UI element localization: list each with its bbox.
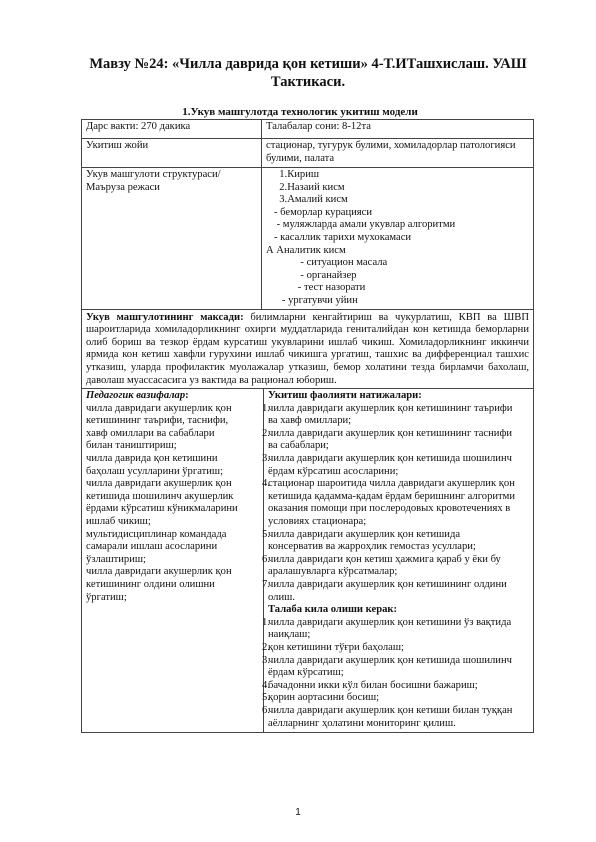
student-count-cell: Талабалар сони: 8-12та bbox=[262, 120, 534, 139]
list-item-line: стационар шароитида чилла давридаги акуш… bbox=[268, 478, 529, 491]
pedagogical-task-line: ёрдами кўрсатиш кўникмаларини bbox=[86, 503, 263, 516]
structure-item: А Аналитик кисм bbox=[266, 245, 529, 258]
list-item-line: условиях стационара; bbox=[268, 516, 529, 529]
list-number: 4. bbox=[262, 478, 270, 491]
structure-item: 3.Амалий кисм bbox=[266, 194, 529, 207]
list-item-line: аралашувларга кўрсатмалар; bbox=[268, 566, 529, 579]
list-item-line: кетишида қадамма-қадам ёрдам беришнинг а… bbox=[268, 491, 529, 504]
list-number: 1. bbox=[262, 403, 270, 416]
list-item: чилла давридаги акушерлик қон кетишида ш… bbox=[268, 453, 529, 478]
pedagogical-task-line: хавф омиллари ва сабаблари bbox=[86, 428, 263, 441]
list-item-line: аёлларнинг ҳолатини мониторинг қилиш. bbox=[268, 718, 529, 731]
lesson-model-table: Дарс вакти: 270 дакика Талабалар сони: 8… bbox=[81, 119, 534, 733]
pedagogical-task-line: билан таништириш; bbox=[86, 440, 263, 453]
list-item-line: чилла давридаги акушерлик қон кетишида bbox=[268, 529, 529, 542]
list-item-line: ва хавф омиллари; bbox=[268, 415, 529, 428]
structure-item: 2.Назаий кисм bbox=[266, 182, 529, 195]
list-item: қон кетишини тўғри баҳолаш; bbox=[268, 642, 529, 655]
list-item-line: қон кетишини тўғри баҳолаш; bbox=[268, 642, 529, 655]
list-item-line: олиш. bbox=[268, 592, 529, 605]
pedagogical-task-line: ишлаб чикиш; bbox=[86, 516, 263, 529]
pedagogical-task-line: ўргатиш; bbox=[86, 592, 263, 605]
pedagogical-task-line: баҳолаш усулларини ўргатиш; bbox=[86, 466, 263, 479]
lesson-goal-cell: Укув машгулотининг максади: билимларни к… bbox=[82, 309, 534, 389]
list-item: чилла давридаги қон кетиш ҳажмига қараб … bbox=[268, 554, 529, 579]
list-number: 5. bbox=[262, 529, 270, 542]
pedagogical-task-line: чилла давридаги акушерлик қон bbox=[86, 403, 263, 416]
list-number: 5. bbox=[262, 692, 270, 705]
pedagogical-task-line: чилла даврида қон кетишини bbox=[86, 453, 263, 466]
list-item-line: бачадонни икки кўл билан босишни бажариш… bbox=[268, 680, 529, 693]
list-item-line: чилла давридаги акушерлик қон кетишида ш… bbox=[268, 453, 529, 466]
section-heading: 1.Укув машгулотда технологик укитиш моде… bbox=[60, 106, 540, 119]
pedagogical-task-line: мультидисциплинар командада bbox=[86, 529, 263, 542]
heading-colon: : bbox=[185, 390, 189, 401]
pedagogical-tasks: Педагогик вазифалар: чилла давридаги аку… bbox=[82, 389, 263, 732]
list-item-line: оказания помощи при послеродовых кровоте… bbox=[268, 503, 529, 516]
list-number: 6. bbox=[262, 554, 270, 567]
list-item: чилла давридаги акушерлик қон кетишининг… bbox=[268, 403, 529, 428]
list-item: чилла давридаги акушерлик қон кетиши бил… bbox=[268, 705, 529, 730]
student-should-heading: Талаба кила олиши керак: bbox=[268, 604, 529, 617]
pedagogical-task-line: кетишининг таърифи, таснифи, bbox=[86, 415, 263, 428]
pedagogical-task-line: самарали ишлаш асосларини bbox=[86, 541, 263, 554]
pedagogical-task-line: ўзлаштириш; bbox=[86, 554, 263, 567]
list-number: 6. bbox=[262, 705, 270, 718]
list-item-line: қорин аортасини босиш; bbox=[268, 692, 529, 705]
structure-item: - ургатувчи уйин bbox=[266, 295, 529, 308]
teaching-place-label: Укитиш жойи bbox=[82, 139, 262, 168]
pedagogical-task-line: чилла давридаги акушерлик қон bbox=[86, 478, 263, 491]
list-number: 2. bbox=[262, 642, 270, 655]
pedagogical-task-line: кетишининг олдини олишни bbox=[86, 579, 263, 592]
list-item-line: чилла давридаги акушерлик қон кетишининг… bbox=[268, 428, 529, 441]
list-item-line: чилла давридаги акушерлик қон кетишининг… bbox=[268, 403, 529, 416]
list-item-line: ва сабаблари; bbox=[268, 440, 529, 453]
table-row: Педагогик вазифалар: чилла давридаги аку… bbox=[82, 389, 534, 733]
list-number: 3. bbox=[262, 453, 270, 466]
structure-item: 1.Кириш bbox=[266, 169, 529, 182]
list-number: 7. bbox=[262, 579, 270, 592]
list-item-line: ёрдам кўрсатиш асосларини; bbox=[268, 466, 529, 479]
list-number: 2. bbox=[262, 428, 270, 441]
list-item-line: чилла давридаги қон кетиш ҳажмига қараб … bbox=[268, 554, 529, 567]
pedagogical-task-line: чилла давридаги акушерлик қон bbox=[86, 566, 263, 579]
list-item-line: наиқлаш; bbox=[268, 629, 529, 642]
list-item-line: ёрдам кўрсатиш; bbox=[268, 667, 529, 680]
list-item: стационар шароитида чилла давридаги акуш… bbox=[268, 478, 529, 528]
list-item-line: чилла давридаги акушерлик қон кетишида ш… bbox=[268, 655, 529, 668]
lesson-structure-label: Укув машгулоти структураси/ Маъруза режа… bbox=[82, 168, 262, 310]
list-item: чилла давридаги акушерлик қон кетишининг… bbox=[268, 579, 529, 604]
teaching-place-value: стационар, тугурук булими, хомиладорлар … bbox=[262, 139, 534, 168]
lesson-structure-list: 1.Кириш 2.Назаий кисм 3.Амалий кисм - бе… bbox=[262, 168, 534, 310]
list-item: чилла давридаги акушерлик қон кетишини ў… bbox=[268, 617, 529, 642]
structure-item: - муляжларда амали укувлар алгоритми bbox=[266, 219, 529, 232]
lesson-goal-label: Укув машгулотининг максади: bbox=[86, 312, 244, 323]
teaching-results-heading: Укитиш фаолияти натижалари: bbox=[268, 390, 529, 403]
table-row: Дарс вакти: 270 дакика Талабалар сони: 8… bbox=[82, 120, 534, 139]
list-item-line: чилла давридаги акушерлик қон кетиши бил… bbox=[268, 705, 529, 718]
structure-item: - ситуацион масала bbox=[266, 257, 529, 270]
list-item: қорин аортасини босиш; bbox=[268, 692, 529, 705]
structure-item: - беморлар курацияси bbox=[266, 207, 529, 220]
list-number: 3. bbox=[262, 655, 270, 668]
document-title: Мавзу №24: «Чилла даврида қон кетиши» 4-… bbox=[80, 55, 536, 91]
page-number: 1 bbox=[0, 807, 596, 818]
list-item-line: чилла давридаги акушерлик қон кетишининг… bbox=[268, 579, 529, 592]
table-row: Укитиш жойи стационар, тугурук булими, х… bbox=[82, 139, 534, 168]
tasks-results-cell: Педагогик вазифалар: чилла давридаги аку… bbox=[82, 389, 534, 733]
pedagogical-task-line: кетишида шошилинч акушерлик bbox=[86, 491, 263, 504]
pedagogical-tasks-heading: Педагогик вазифалар bbox=[86, 390, 185, 401]
structure-item: - тест назорати bbox=[266, 282, 529, 295]
list-number: 4. bbox=[262, 680, 270, 693]
lesson-duration-cell: Дарс вакти: 270 дакика bbox=[82, 120, 262, 139]
table-row: Укув машгулотининг максади: билимларни к… bbox=[82, 309, 534, 389]
teaching-results: Укитиш фаолияти натижалари: чилла даврид… bbox=[263, 389, 533, 732]
structure-item: - касаллик тарихи мухокамаси bbox=[266, 232, 529, 245]
list-item-line: чилла давридаги акушерлик қон кетишини ў… bbox=[268, 617, 529, 630]
structure-item: - органайзер bbox=[266, 270, 529, 283]
table-row: Укув машгулоти структураси/ Маъруза режа… bbox=[82, 168, 534, 310]
list-item: бачадонни икки кўл билан босишни бажариш… bbox=[268, 680, 529, 693]
list-item-line: консерватив ва жарроҳлик гемостаз усулла… bbox=[268, 541, 529, 554]
list-item: чилла давридаги акушерлик қон кетишининг… bbox=[268, 428, 529, 453]
list-item: чилла давридаги акушерлик қон кетишида ш… bbox=[268, 655, 529, 680]
list-number: 1. bbox=[262, 617, 270, 630]
list-item: чилла давридаги акушерлик қон кетишидако… bbox=[268, 529, 529, 554]
